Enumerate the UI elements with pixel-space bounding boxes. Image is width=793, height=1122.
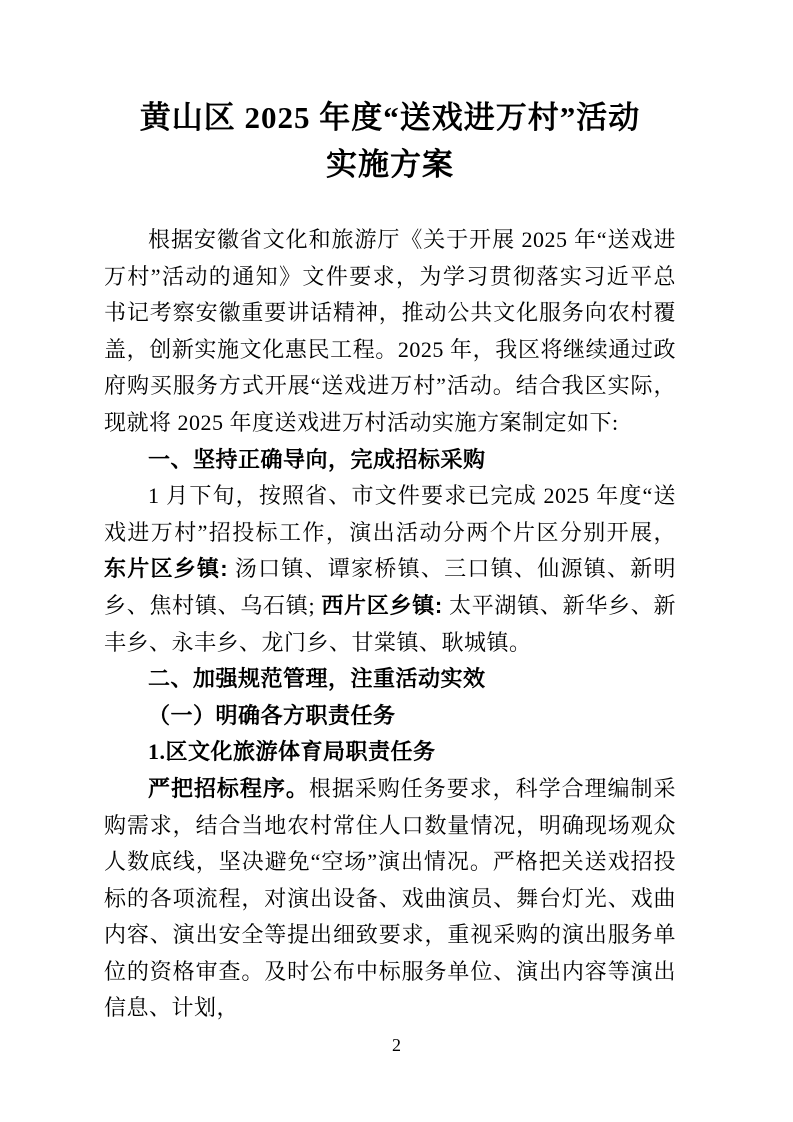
paragraph-bidding-regions: 1 月下旬，按照省、市文件要求已完成 2025 年度“送戏进万村”招投标工作，演… xyxy=(104,478,676,661)
page-number: 2 xyxy=(392,1035,401,1055)
title-line-1: 黄山区 2025 年度“送戏进万村”活动 xyxy=(104,94,676,141)
text-run-east-region-label: 东片区乡镇: xyxy=(104,556,228,581)
text-run-west-region-label: 西片区乡镇: xyxy=(321,593,442,618)
heading-subsection-duties: （一）明确各方职责任务 xyxy=(104,698,676,735)
document-content: 黄山区 2025 年度“送戏进万村”活动 实施方案 根据安徽省文化和旅游厅《关于… xyxy=(104,94,676,1027)
text-run-procedure-label: 严把招标程序。 xyxy=(148,776,309,801)
page-footer: 2 xyxy=(0,1033,793,1057)
text-run-procedure-body: 根据采购任务要求，科学合理编制采购需求，结合当地农村常住人口数量情况，明确现场观… xyxy=(104,776,676,1021)
heading-section-two: 二、加强规范管理，注重活动实效 xyxy=(104,661,676,698)
heading-section-one: 一、坚持正确导向，完成招标采购 xyxy=(104,442,676,479)
paragraph-bid-procedure: 严把招标程序。根据采购任务要求，科学合理编制采购需求，结合当地农村常住人口数量情… xyxy=(104,771,676,1027)
document-title: 黄山区 2025 年度“送戏进万村”活动 实施方案 xyxy=(104,94,676,188)
title-line-2: 实施方案 xyxy=(104,141,676,188)
document-page: 黄山区 2025 年度“送戏进万村”活动 实施方案 根据安徽省文化和旅游厅《关于… xyxy=(0,0,793,1122)
text-run-bidding-intro: 1 月下旬，按照省、市文件要求已完成 2025 年度“送戏进万村”招投标工作，演… xyxy=(104,483,676,545)
paragraph-introduction: 根据安徽省文化和旅游厅《关于开展 2025 年“送戏进万村”活动的通知》文件要求… xyxy=(104,222,676,442)
heading-bureau-duties: 1.区文化旅游体育局职责任务 xyxy=(104,734,676,771)
